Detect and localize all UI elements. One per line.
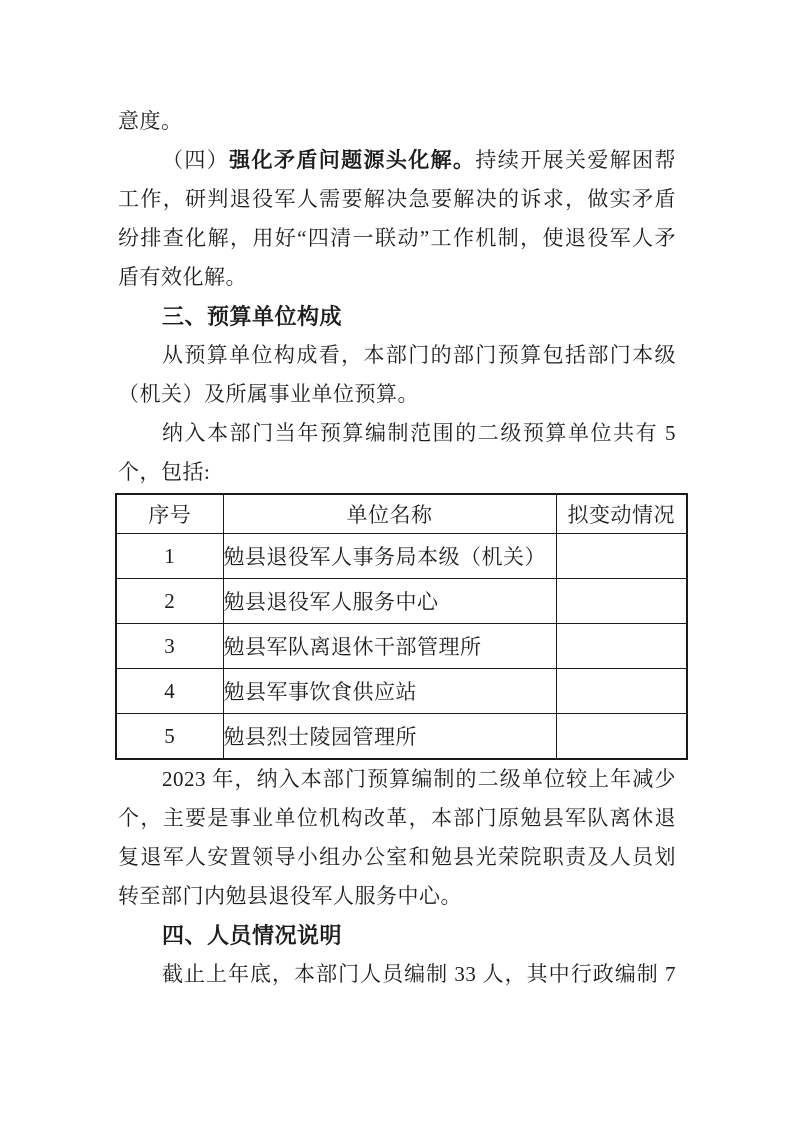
unit-name-cell: 勉县退役军人事务局本级（机关） xyxy=(223,534,556,579)
document-page: 意度。（四）强化矛盾问题源头化解。持续开展关爱解困帮扶工作，研判退役军人需要解决… xyxy=(0,0,793,1122)
text-line: 转至部门内勉县退役军人服务中心。 xyxy=(118,877,676,916)
column-header: 拟变动情况 xyxy=(556,494,687,534)
section-heading: 三、预算单位构成 xyxy=(118,297,676,336)
text-segment: 转至部门内勉县退役军人服务中心。 xyxy=(118,884,462,908)
table-row: 序号单位名称拟变动情况 xyxy=(116,494,687,534)
text-line: （机关）及所属事业单位预算。 xyxy=(118,375,676,414)
text-line: 个，主要是事业单位机构改革，本部门原勉县军队离休退休 xyxy=(118,799,676,838)
table-body: 1勉县退役军人事务局本级（机关）2勉县退役军人服务中心3勉县军队离退休干部管理所… xyxy=(116,534,687,760)
text-segment: 意度。 xyxy=(118,109,183,133)
table-row: 1勉县退役军人事务局本级（机关） xyxy=(116,534,687,579)
text-line: 盾有效化解。 xyxy=(118,258,676,297)
text-segment: 工作，研判退役军人需要解决急要解决的诉求，做实矛盾纠 xyxy=(118,187,676,219)
text-line: （四）强化矛盾问题源头化解。持续开展关爱解困帮扶 xyxy=(118,141,676,180)
bold-text-segment: 四、人员情况说明 xyxy=(162,923,342,948)
document-content: 意度。（四）强化矛盾问题源头化解。持续开展关爱解困帮扶工作，研判退役军人需要解决… xyxy=(118,102,676,994)
text-line: 截止上年底，本部门人员编制 33 人，其中行政编制 7 xyxy=(118,955,676,994)
text-segment: 从预算单位构成看，本部门的部门预算包括部门本级 xyxy=(162,343,676,367)
text-block-bottom: 2023 年，纳入本部门预算编制的二级单位较上年减少 2个，主要是事业单位机构改… xyxy=(118,760,676,994)
column-header: 序号 xyxy=(116,494,223,534)
table-row: 3勉县军队离退休干部管理所 xyxy=(116,624,687,669)
unit-index-cell: 3 xyxy=(116,624,223,669)
unit-index-cell: 1 xyxy=(116,534,223,579)
change-status-cell xyxy=(556,534,687,579)
text-segment: 盾有效化解。 xyxy=(118,265,247,289)
text-line: 纳入本部门当年预算编制范围的二级预算单位共有 5 xyxy=(118,414,676,453)
budget-units-table: 序号单位名称拟变动情况 1勉县退役军人事务局本级（机关）2勉县退役军人服务中心3… xyxy=(115,493,688,760)
text-segment: 个，主要是事业单位机构改革，本部门原勉县军队离休退休 xyxy=(118,806,676,838)
text-segment: 2023 年，纳入本部门预算编制的二级单位较上年减少 2 xyxy=(118,767,676,799)
unit-name-cell: 勉县烈士陵园管理所 xyxy=(223,714,556,760)
text-line: 从预算单位构成看，本部门的部门预算包括部门本级 xyxy=(118,336,676,375)
change-status-cell xyxy=(556,624,687,669)
unit-name-cell: 勉县军事饮食供应站 xyxy=(223,669,556,714)
unit-index-cell: 4 xyxy=(116,669,223,714)
text-segment: 个，包括: xyxy=(118,460,210,484)
text-line: 纷排查化解，用好“四清一联动”工作机制，使退役军人矛 xyxy=(118,219,676,258)
unit-name-cell: 勉县军队离退休干部管理所 xyxy=(223,624,556,669)
text-segment: 复退军人安置领导小组办公室和勉县光荣院职责及人员划 xyxy=(118,845,676,869)
unit-index-cell: 5 xyxy=(116,714,223,760)
text-block-top: 意度。（四）强化矛盾问题源头化解。持续开展关爱解困帮扶工作，研判退役军人需要解决… xyxy=(118,102,676,492)
text-line: 工作，研判退役军人需要解决急要解决的诉求，做实矛盾纠 xyxy=(118,180,676,219)
text-line: 意度。 xyxy=(118,102,676,141)
unit-index-cell: 2 xyxy=(116,579,223,624)
table-row: 5勉县烈士陵园管理所 xyxy=(116,714,687,760)
column-header: 单位名称 xyxy=(223,494,556,534)
text-segment: 纳入本部门当年预算编制范围的二级预算单位共有 5 xyxy=(162,421,676,445)
text-line: 复退军人安置领导小组办公室和勉县光荣院职责及人员划 xyxy=(118,838,676,877)
table-row: 2勉县退役军人服务中心 xyxy=(116,579,687,624)
bold-text-segment: 三、预算单位构成 xyxy=(162,304,342,329)
unit-name-cell: 勉县退役军人服务中心 xyxy=(223,579,556,624)
change-status-cell xyxy=(556,714,687,760)
bold-text-segment: 强化矛盾问题源头化解。 xyxy=(229,149,475,172)
text-segment: 截止上年底，本部门人员编制 33 人，其中行政编制 7 xyxy=(162,962,676,986)
text-segment: 纷排查化解，用好“四清一联动”工作机制，使退役军人矛 xyxy=(118,226,676,250)
table-header-row: 序号单位名称拟变动情况 xyxy=(116,494,687,534)
text-segment: （四） xyxy=(162,148,229,172)
table-row: 4勉县军事饮食供应站 xyxy=(116,669,687,714)
change-status-cell xyxy=(556,579,687,624)
change-status-cell xyxy=(556,669,687,714)
text-segment: （机关）及所属事业单位预算。 xyxy=(118,382,419,406)
text-line: 2023 年，纳入本部门预算编制的二级单位较上年减少 2 xyxy=(118,760,676,799)
text-line: 个，包括: xyxy=(118,453,676,492)
section-heading: 四、人员情况说明 xyxy=(118,916,676,955)
